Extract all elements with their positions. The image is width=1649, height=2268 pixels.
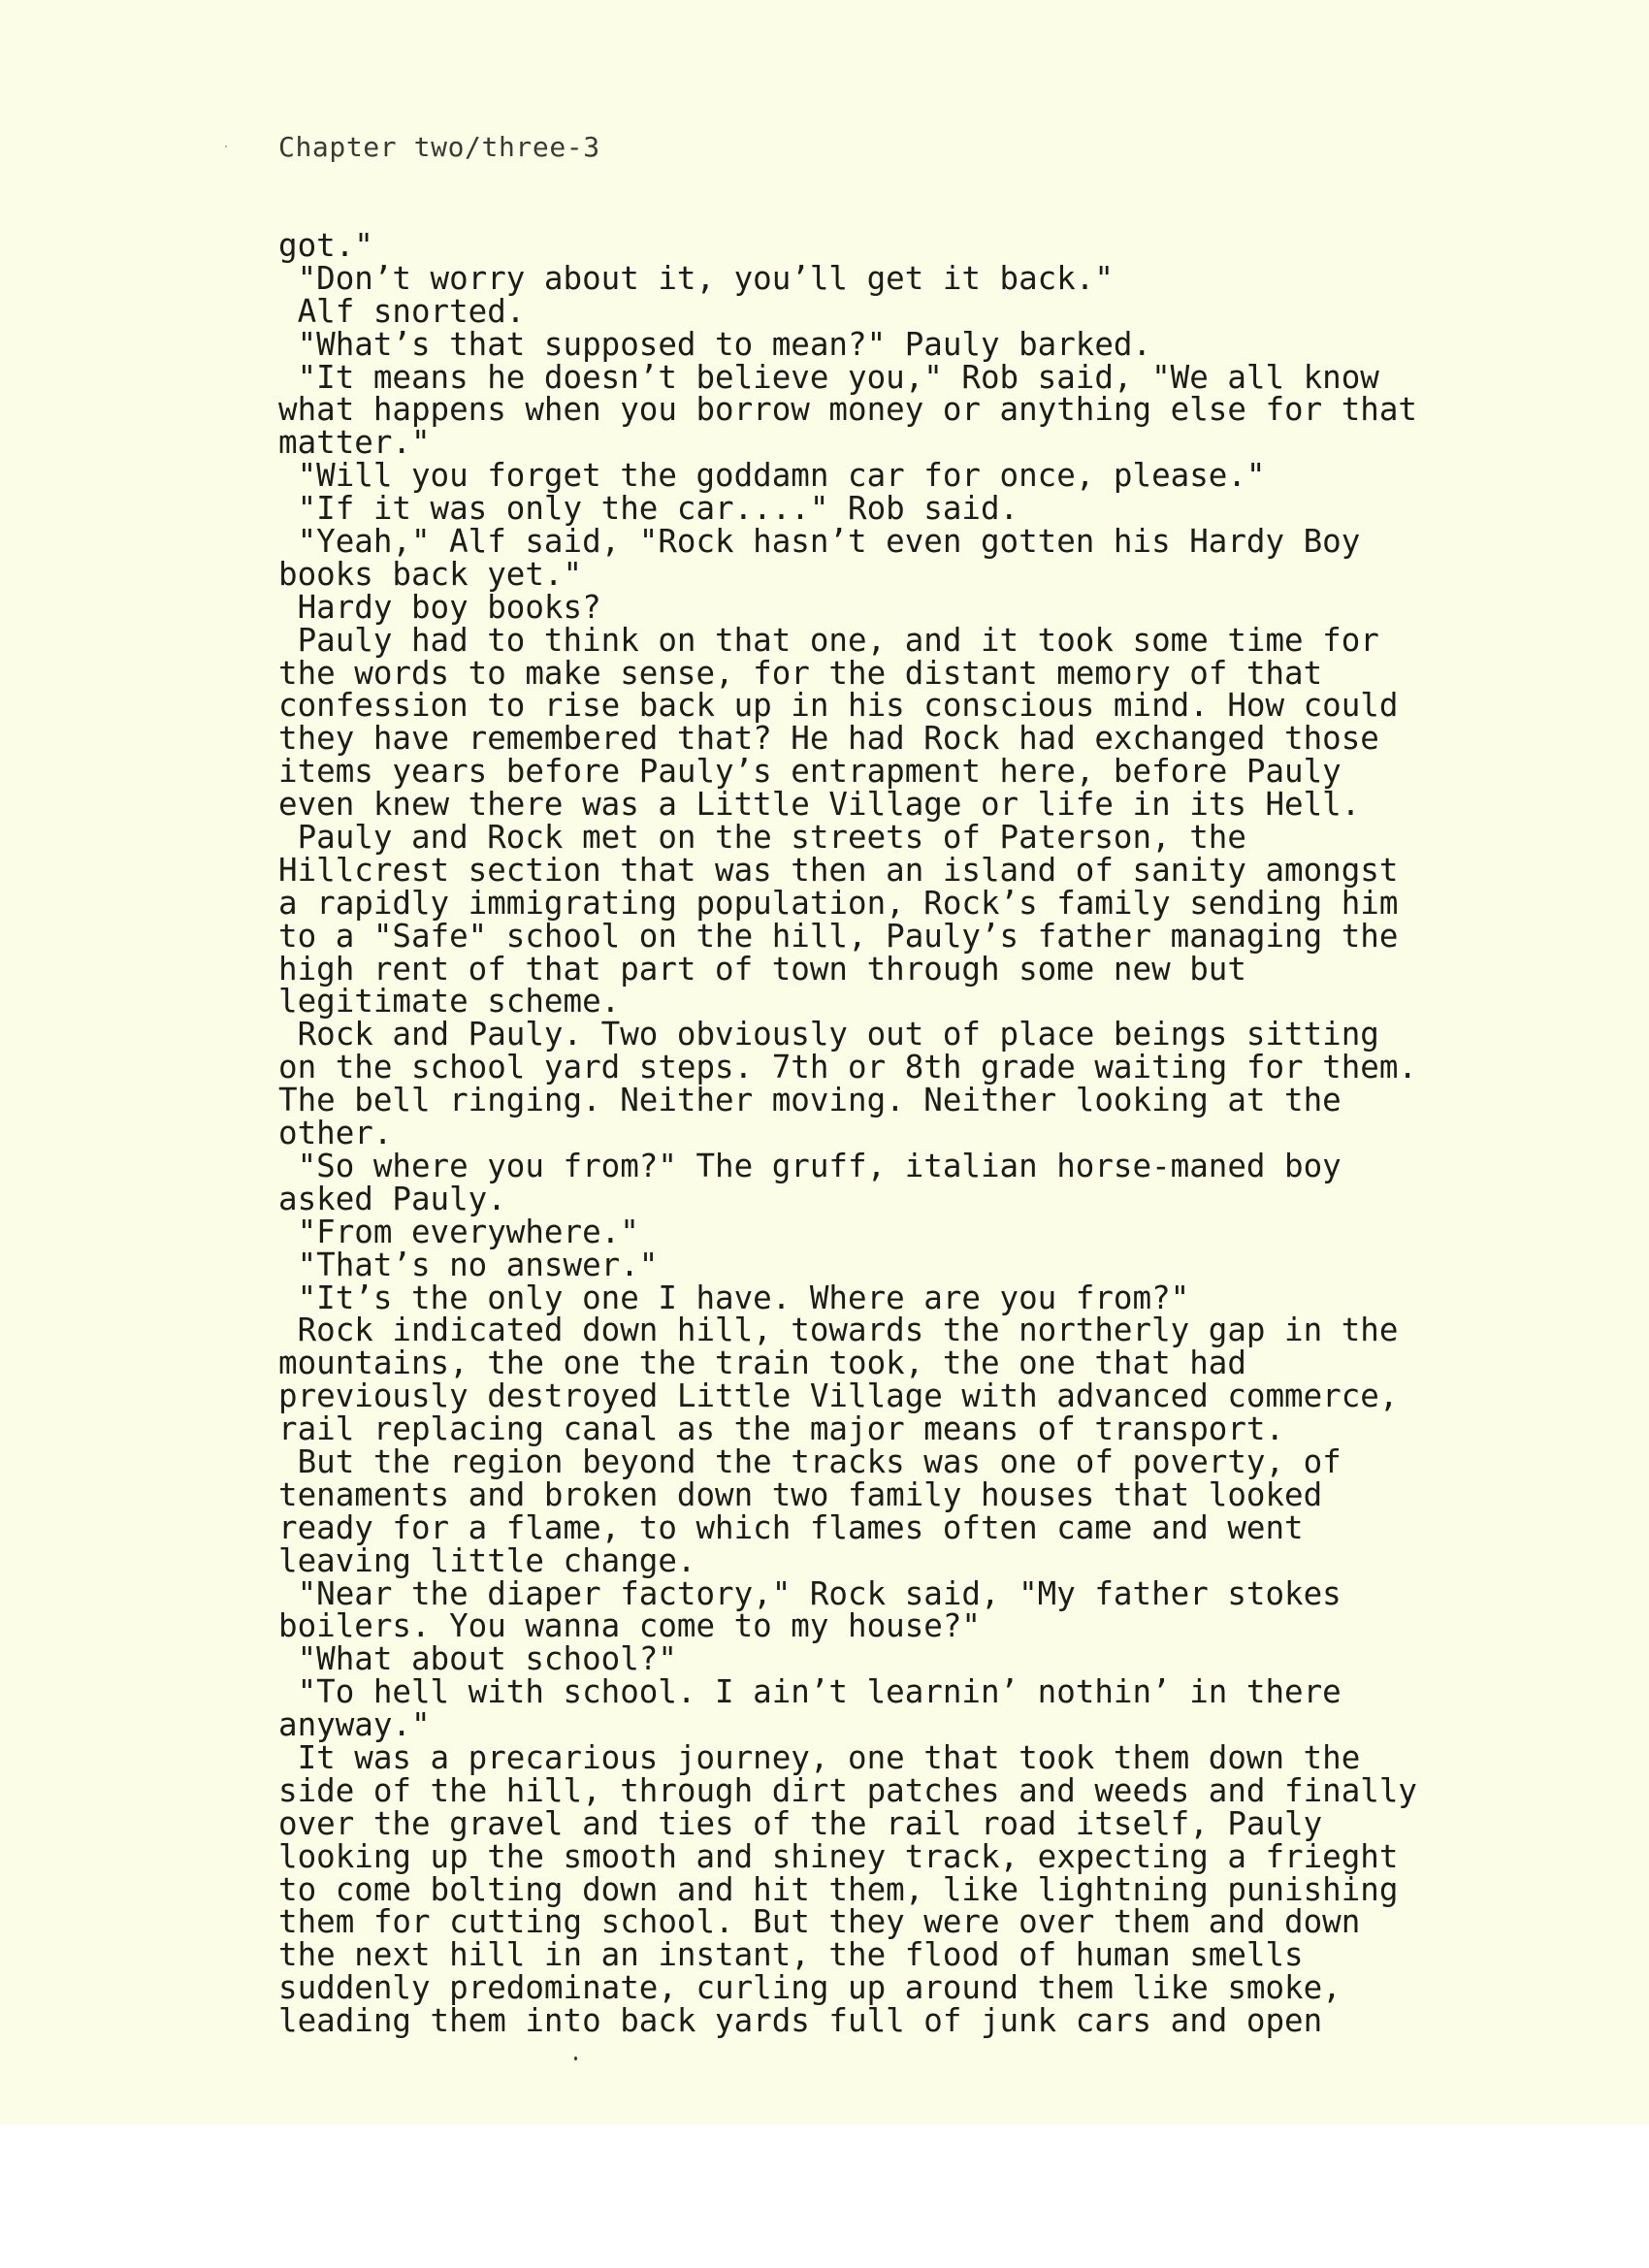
text-line: The bell ringing. Neither moving. Neithe… xyxy=(278,1085,1417,1118)
text-line: "If it was only the car...." Rob said. xyxy=(278,493,1417,526)
text-line: "To hell with school. I ain’t learnin’ n… xyxy=(278,1676,1417,1709)
text-line: to come bolting down and hit them, like … xyxy=(278,1874,1417,1907)
text-line: "It means he doesn’t believe you," Rob s… xyxy=(278,362,1417,395)
text-line: "So where you from?" The gruff, italian … xyxy=(278,1150,1417,1183)
page-header: Chapter two/three-3 xyxy=(278,131,600,164)
text-line: the words to make sense, for the distant… xyxy=(278,658,1417,691)
text-line: It was a precarious journey, one that to… xyxy=(278,1742,1417,1775)
manuscript-body: got." "Don’t worry about it, you’ll get … xyxy=(278,230,1417,2038)
text-line: "Near the diaper factory," Rock said, "M… xyxy=(278,1578,1417,1611)
text-line: got." xyxy=(278,230,1417,263)
text-line: rail replacing canal as the major means … xyxy=(278,1413,1417,1446)
text-line: them for cutting school. But they were o… xyxy=(278,1906,1417,1939)
text-line: "What’s that supposed to mean?" Pauly ba… xyxy=(278,329,1417,362)
text-line: other. xyxy=(278,1118,1417,1150)
text-line: mountains, the one the train took, the o… xyxy=(278,1347,1417,1380)
text-line: "From everywhere." xyxy=(278,1216,1417,1249)
text-line: Hardy boy books? xyxy=(278,592,1417,625)
text-line: "Yeah," Alf said, "Rock hasn’t even gott… xyxy=(278,526,1417,559)
text-line: the next hill in an instant, the flood o… xyxy=(278,1939,1417,1972)
text-line: suddenly predominate, curling up around … xyxy=(278,1972,1417,2005)
text-line: Pauly and Rock met on the streets of Pat… xyxy=(278,822,1417,855)
text-line: on the school yard steps. 7th or 8th gra… xyxy=(278,1052,1417,1085)
text-line: confession to rise back up in his consci… xyxy=(278,690,1417,723)
text-line: "It’s the only one I have. Where are you… xyxy=(278,1282,1417,1315)
text-line: Rock and Pauly. Two obviously out of pla… xyxy=(278,1019,1417,1052)
text-line: asked Pauly. xyxy=(278,1183,1417,1216)
text-line: boilers. You wanna come to my house?" xyxy=(278,1610,1417,1643)
text-line: legitimate scheme. xyxy=(278,986,1417,1019)
text-line: over the gravel and ties of the rail roa… xyxy=(278,1808,1417,1841)
text-line: previously destroyed Little Village with… xyxy=(278,1380,1417,1413)
text-line: looking up the smooth and shiney track, … xyxy=(278,1841,1417,1874)
text-line: leaving little change. xyxy=(278,1545,1417,1578)
paper-speck xyxy=(225,146,227,147)
text-line: they have remembered that? He had Rock h… xyxy=(278,723,1417,756)
text-line: ready for a flame, to which flames often… xyxy=(278,1512,1417,1545)
text-line: even knew there was a Little Village or … xyxy=(278,789,1417,822)
text-line: Rock indicated down hill, towards the no… xyxy=(278,1314,1417,1347)
text-line: leading them into back yards full of jun… xyxy=(278,2005,1417,2038)
text-line: tenaments and broken down two family hou… xyxy=(278,1479,1417,1512)
text-line: But the region beyond the tracks was one… xyxy=(278,1446,1417,1479)
text-line: "That’s no answer." xyxy=(278,1249,1417,1282)
paper-speck xyxy=(574,2057,577,2060)
text-line: anyway." xyxy=(278,1709,1417,1742)
text-line: a rapidly immigrating population, Rock’s… xyxy=(278,888,1417,921)
text-line: matter." xyxy=(278,427,1417,460)
text-line: "Don’t worry about it, you’ll get it bac… xyxy=(278,263,1417,296)
text-line: "What about school?" xyxy=(278,1643,1417,1676)
text-line: items years before Pauly’s entrapment he… xyxy=(278,756,1417,789)
text-line: what happens when you borrow money or an… xyxy=(278,394,1417,427)
text-line: to a "Safe" school on the hill, Pauly’s … xyxy=(278,921,1417,954)
text-line: Pauly had to think on that one, and it t… xyxy=(278,625,1417,658)
text-line: high rent of that part of town through s… xyxy=(278,954,1417,987)
text-line: books back yet." xyxy=(278,559,1417,592)
text-line: Alf snorted. xyxy=(278,296,1417,329)
text-line: side of the hill, through dirt patches a… xyxy=(278,1775,1417,1808)
text-line: Hillcrest section that was then an islan… xyxy=(278,855,1417,888)
text-line: "Will you forget the goddamn car for onc… xyxy=(278,460,1417,493)
